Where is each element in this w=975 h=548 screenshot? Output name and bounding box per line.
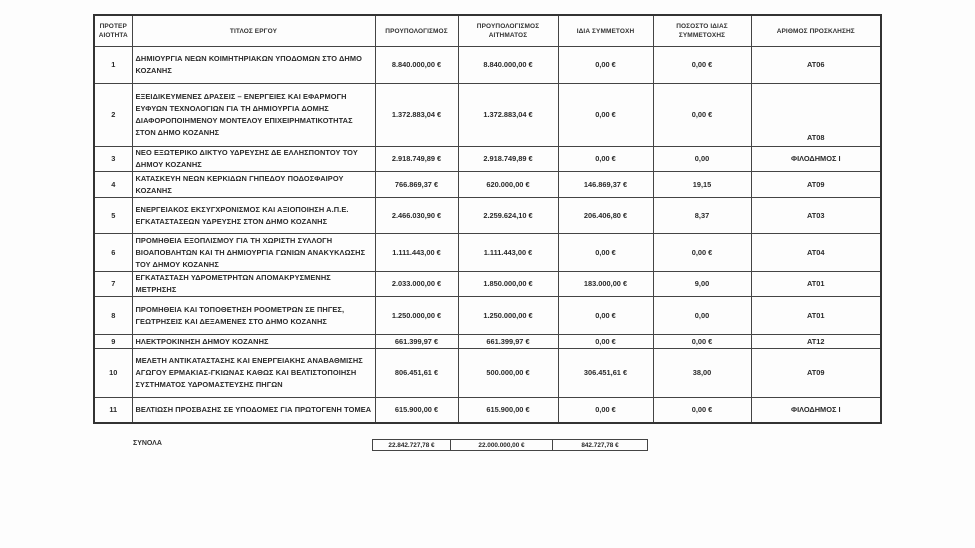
budget-cell: 661.399,97 €: [375, 335, 458, 349]
own-contribution-pct-cell: 0,00: [653, 297, 751, 335]
project-title-cell: ΗΛΕΚΤΡΟΚΙΝΗΣΗ ΔΗΜΟΥ ΚΟΖΑΝΗΣ: [132, 335, 375, 349]
requested-budget-cell: 2.918.749,89 €: [458, 147, 558, 172]
totals-section: ΣΥΝΟΛΑ 22.842.727,78 € 22.000.000,00 € 8…: [93, 439, 653, 451]
priority-cell: 11: [94, 398, 132, 423]
call-number-cell: ΑΤ09: [751, 172, 881, 198]
project-title-cell: ΔΗΜΙΟΥΡΓΙΑ ΝΕΩΝ ΚΟΙΜΗΤΗΡΙΑΚΩΝ ΥΠΟΔΟΜΩΝ Σ…: [132, 47, 375, 84]
header-budget: ΠΡΟΥΠΟΛΟΓΙΣΜΟΣ: [375, 15, 458, 47]
header-own-contribution-pct: ΠΟΣΟΣΤΟ ΙΔΙΑΣ ΣΥΜΜΕΤΟΧΗΣ: [653, 15, 751, 47]
document-page: ΠΡΟΤΕΡ ΑΙΟΤΗΤΑ ΤΙΤΛΟΣ ΕΡΓΟΥ ΠΡΟΥΠΟΛΟΓΙΣΜ…: [0, 0, 975, 548]
project-title-cell: ΠΡΟΜΗΘΕΙΑ ΚΑΙ ΤΟΠΟΘΕΤΗΣΗ ΡΟΟΜΕΤΡΩΝ ΣΕ ΠΗ…: [132, 297, 375, 335]
table-row: 7ΕΓΚΑΤΑΣΤΑΣΗ ΥΔΡΟΜΕΤΡΗΤΩΝ ΑΠΟΜΑΚΡΥΣΜΕΝΗΣ…: [94, 272, 881, 297]
own-contribution-cell: 206.406,80 €: [558, 198, 653, 234]
table-header-row: ΠΡΟΤΕΡ ΑΙΟΤΗΤΑ ΤΙΤΛΟΣ ΕΡΓΟΥ ΠΡΟΥΠΟΛΟΓΙΣΜ…: [94, 15, 881, 47]
own-contribution-cell: 0,00 €: [558, 398, 653, 423]
priority-cell: 2: [94, 84, 132, 147]
requested-budget-cell: 500.000,00 €: [458, 349, 558, 398]
budget-cell: 766.869,37 €: [375, 172, 458, 198]
own-contribution-pct-cell: 0,00 €: [653, 398, 751, 423]
own-contribution-cell: 146.869,37 €: [558, 172, 653, 198]
budget-cell: 2.918.749,89 €: [375, 147, 458, 172]
total-requested-budget: 22.000.000,00 €: [451, 440, 553, 451]
header-title: ΤΙΤΛΟΣ ΕΡΓΟΥ: [132, 15, 375, 47]
table-row: 1ΔΗΜΙΟΥΡΓΙΑ ΝΕΩΝ ΚΟΙΜΗΤΗΡΙΑΚΩΝ ΥΠΟΔΟΜΩΝ …: [94, 47, 881, 84]
own-contribution-cell: 0,00 €: [558, 84, 653, 147]
project-title-cell: ΚΑΤΑΣΚΕΥΗ ΝΕΩΝ ΚΕΡΚΙΔΩΝ ΓΗΠΕΔΟΥ ΠΟΔΟΣΦΑΙ…: [132, 172, 375, 198]
call-number-cell: ΑΤ08: [751, 84, 881, 147]
priority-cell: 1: [94, 47, 132, 84]
header-priority: ΠΡΟΤΕΡ ΑΙΟΤΗΤΑ: [94, 15, 132, 47]
requested-budget-cell: 615.900,00 €: [458, 398, 558, 423]
project-title-cell: ΠΡΟΜΗΘΕΙΑ ΕΞΟΠΛΙΣΜΟΥ ΓΙΑ ΤΗ ΧΩΡΙΣΤΗ ΣΥΛΛ…: [132, 234, 375, 272]
budget-cell: 1.111.443,00 €: [375, 234, 458, 272]
table-row: 6ΠΡΟΜΗΘΕΙΑ ΕΞΟΠΛΙΣΜΟΥ ΓΙΑ ΤΗ ΧΩΡΙΣΤΗ ΣΥΛ…: [94, 234, 881, 272]
project-title-cell: ΝΕΟ ΕΞΩΤΕΡΙΚΟ ΔΙΚΤΥΟ ΥΔΡΕΥΣΗΣ ΔΕ ΕΛΛΗΣΠΟ…: [132, 147, 375, 172]
own-contribution-pct-cell: 19,15: [653, 172, 751, 198]
own-contribution-cell: 0,00 €: [558, 147, 653, 172]
budget-cell: 2.466.030,90 €: [375, 198, 458, 234]
own-contribution-pct-cell: 9,00: [653, 272, 751, 297]
table-row: 5ΕΝΕΡΓΕΙΑΚΟΣ ΕΚΣΥΓΧΡΟΝΙΣΜΟΣ ΚΑΙ ΑΞΙΟΠΟΙΗ…: [94, 198, 881, 234]
totals-label: ΣΥΝΟΛΑ: [133, 440, 162, 447]
budget-cell: 8.840.000,00 €: [375, 47, 458, 84]
requested-budget-cell: 1.850.000,00 €: [458, 272, 558, 297]
call-number-cell: ΑΤ03: [751, 198, 881, 234]
own-contribution-cell: 0,00 €: [558, 47, 653, 84]
table-row: 11ΒΕΛΤΙΩΣΗ ΠΡΟΣΒΑΣΗΣ ΣΕ ΥΠΟΔΟΜΕΣ ΓΙΑ ΠΡΩ…: [94, 398, 881, 423]
own-contribution-pct-cell: 8,37: [653, 198, 751, 234]
call-number-cell: ΑΤ06: [751, 47, 881, 84]
call-number-cell: ΑΤ12: [751, 335, 881, 349]
own-contribution-cell: 0,00 €: [558, 234, 653, 272]
requested-budget-cell: 2.259.624,10 €: [458, 198, 558, 234]
table-row: 10ΜΕΛΕΤΗ ΑΝΤΙΚΑΤΑΣΤΑΣΗΣ ΚΑΙ ΕΝΕΡΓΕΙΑΚΗΣ …: [94, 349, 881, 398]
priority-cell: 8: [94, 297, 132, 335]
project-title-cell: ΕΓΚΑΤΑΣΤΑΣΗ ΥΔΡΟΜΕΤΡΗΤΩΝ ΑΠΟΜΑΚΡΥΣΜΕΝΗΣ …: [132, 272, 375, 297]
project-title-cell: ΒΕΛΤΙΩΣΗ ΠΡΟΣΒΑΣΗΣ ΣΕ ΥΠΟΔΟΜΕΣ ΓΙΑ ΠΡΩΤΟ…: [132, 398, 375, 423]
header-call-number: ΑΡΙΘΜΟΣ ΠΡΟΣΚΛΗΣΗΣ: [751, 15, 881, 47]
own-contribution-pct-cell: 0,00 €: [653, 335, 751, 349]
budget-cell: 806.451,61 €: [375, 349, 458, 398]
table-row: 2ΕΞΕΙΔΙΚΕΥΜΕΝΕΣ ΔΡΑΣΕΙΣ – ΕΝΕΡΓΕΙΕΣ ΚΑΙ …: [94, 84, 881, 147]
totals-table: 22.842.727,78 € 22.000.000,00 € 842.727,…: [372, 439, 648, 451]
requested-budget-cell: 8.840.000,00 €: [458, 47, 558, 84]
project-title-cell: ΕΝΕΡΓΕΙΑΚΟΣ ΕΚΣΥΓΧΡΟΝΙΣΜΟΣ ΚΑΙ ΑΞΙΟΠΟΙΗΣ…: [132, 198, 375, 234]
table-row: 9ΗΛΕΚΤΡΟΚΙΝΗΣΗ ΔΗΜΟΥ ΚΟΖΑΝΗΣ661.399,97 €…: [94, 335, 881, 349]
call-number-cell: ΑΤ01: [751, 297, 881, 335]
priority-cell: 9: [94, 335, 132, 349]
own-contribution-pct-cell: 0,00: [653, 147, 751, 172]
totals-row: 22.842.727,78 € 22.000.000,00 € 842.727,…: [373, 440, 648, 451]
total-budget: 22.842.727,78 €: [373, 440, 451, 451]
own-contribution-pct-cell: 0,00 €: [653, 234, 751, 272]
call-number-cell: ΑΤ09: [751, 349, 881, 398]
table-row: 4ΚΑΤΑΣΚΕΥΗ ΝΕΩΝ ΚΕΡΚΙΔΩΝ ΓΗΠΕΔΟΥ ΠΟΔΟΣΦΑ…: [94, 172, 881, 198]
call-number-cell: ΦΙΛΟΔΗΜΟΣ Ι: [751, 147, 881, 172]
priority-cell: 3: [94, 147, 132, 172]
budget-cell: 2.033.000,00 €: [375, 272, 458, 297]
requested-budget-cell: 620.000,00 €: [458, 172, 558, 198]
budget-cell: 1.372.883,04 €: [375, 84, 458, 147]
requested-budget-cell: 1.372.883,04 €: [458, 84, 558, 147]
call-number-cell: ΦΙΛΟΔΗΜΟΣ Ι: [751, 398, 881, 423]
own-contribution-cell: 183.000,00 €: [558, 272, 653, 297]
header-own-contribution: ΙΔΙΑ ΣΥΜΜΕΤΟΧΗ: [558, 15, 653, 47]
priority-cell: 10: [94, 349, 132, 398]
priority-cell: 5: [94, 198, 132, 234]
project-title-cell: ΜΕΛΕΤΗ ΑΝΤΙΚΑΤΑΣΤΑΣΗΣ ΚΑΙ ΕΝΕΡΓΕΙΑΚΗΣ ΑΝ…: [132, 349, 375, 398]
table-row: 8ΠΡΟΜΗΘΕΙΑ ΚΑΙ ΤΟΠΟΘΕΤΗΣΗ ΡΟΟΜΕΤΡΩΝ ΣΕ Π…: [94, 297, 881, 335]
project-title-cell: ΕΞΕΙΔΙΚΕΥΜΕΝΕΣ ΔΡΑΣΕΙΣ – ΕΝΕΡΓΕΙΕΣ ΚΑΙ Ε…: [132, 84, 375, 147]
own-contribution-cell: 306.451,61 €: [558, 349, 653, 398]
projects-table: ΠΡΟΤΕΡ ΑΙΟΤΗΤΑ ΤΙΤΛΟΣ ΕΡΓΟΥ ΠΡΟΥΠΟΛΟΓΙΣΜ…: [93, 14, 882, 424]
table-row: 3ΝΕΟ ΕΞΩΤΕΡΙΚΟ ΔΙΚΤΥΟ ΥΔΡΕΥΣΗΣ ΔΕ ΕΛΛΗΣΠ…: [94, 147, 881, 172]
total-own-contribution: 842.727,78 €: [553, 440, 648, 451]
own-contribution-pct-cell: 38,00: [653, 349, 751, 398]
budget-cell: 1.250.000,00 €: [375, 297, 458, 335]
own-contribution-cell: 0,00 €: [558, 297, 653, 335]
requested-budget-cell: 1.250.000,00 €: [458, 297, 558, 335]
budget-cell: 615.900,00 €: [375, 398, 458, 423]
header-requested-budget: ΠΡΟΥΠΟΛΟΓΙΣΜΟΣ ΑΙΤΗΜΑΤΟΣ: [458, 15, 558, 47]
own-contribution-cell: 0,00 €: [558, 335, 653, 349]
priority-cell: 7: [94, 272, 132, 297]
priority-cell: 6: [94, 234, 132, 272]
own-contribution-pct-cell: 0,00 €: [653, 84, 751, 147]
requested-budget-cell: 661.399,97 €: [458, 335, 558, 349]
priority-cell: 4: [94, 172, 132, 198]
call-number-cell: ΑΤ01: [751, 272, 881, 297]
requested-budget-cell: 1.111.443,00 €: [458, 234, 558, 272]
call-number-cell: ΑΤ04: [751, 234, 881, 272]
own-contribution-pct-cell: 0,00 €: [653, 47, 751, 84]
